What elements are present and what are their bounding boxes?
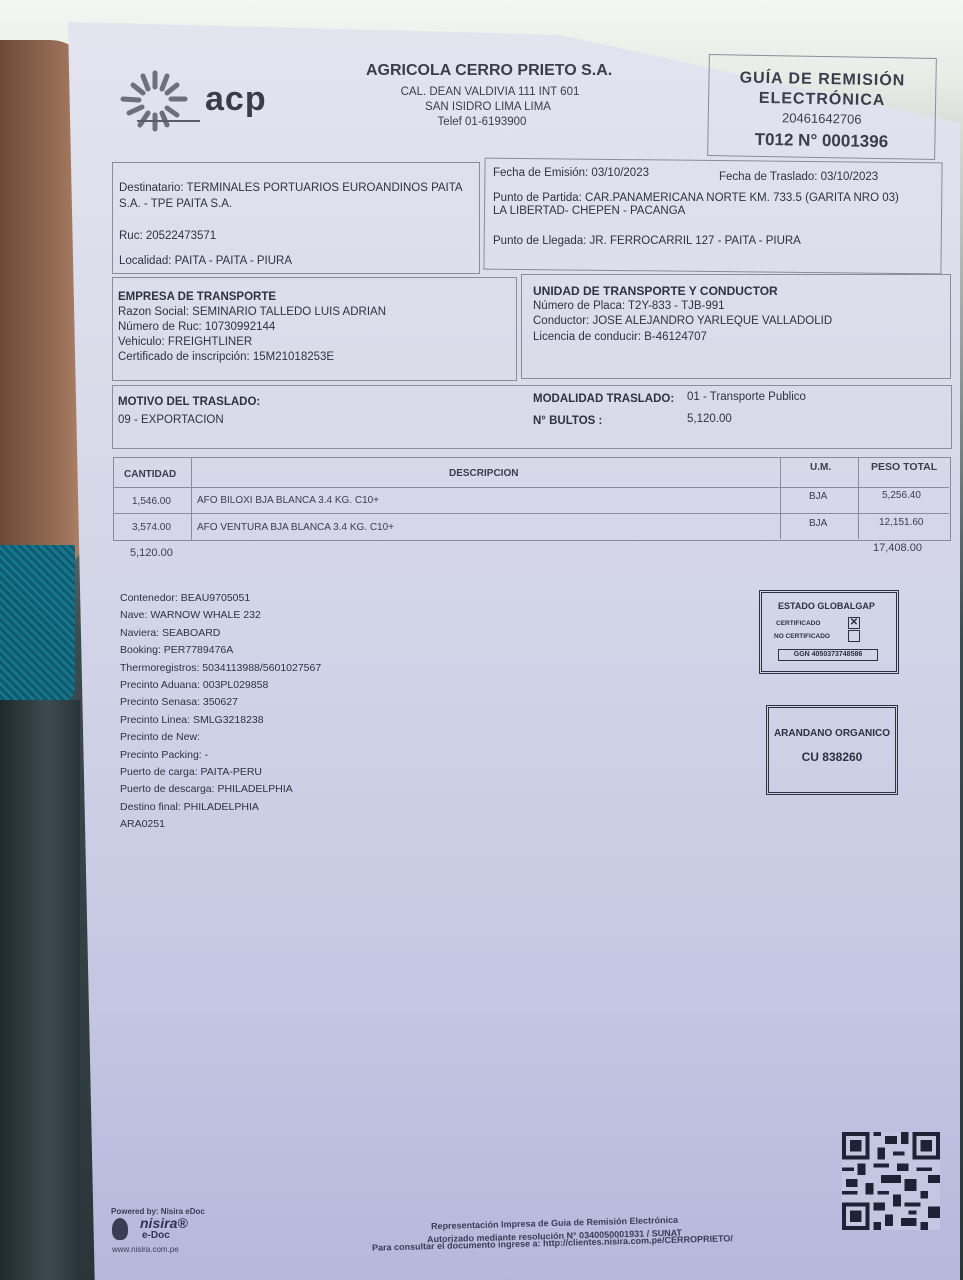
organic-stamp: ARANDANO ORGANICO CU 838260 (766, 705, 898, 795)
nisira-sub: e-Doc (142, 1230, 170, 1241)
contenedor: Contenedor: BEAU9705051 (120, 590, 321, 607)
row1-um: BJA (809, 491, 827, 502)
row2-peso: 12,151.60 (879, 517, 924, 528)
guia-title-line1: GUÍA DE REMISIÓN (709, 69, 935, 91)
certificado-label: CERTIFICADO (776, 620, 820, 627)
precinto-packing: Precinto Packing: - (120, 747, 321, 764)
cloth-background (0, 545, 75, 715)
fecha-traslado: Fecha de Traslado: 03/10/2023 (719, 171, 878, 183)
row1-descripcion: AFO BILOXI BJA BLANCA 3.4 KG. C10+ (197, 495, 379, 506)
thermoregistros: Thermoregistros: 5034113988/5601027567 (120, 660, 321, 677)
organic-line2: CU 838260 (773, 750, 891, 764)
row2-descripcion: AFO VENTURA BJA BLANCA 3.4 KG. C10+ (197, 522, 394, 533)
company-logo-text: acp (205, 80, 267, 119)
guia-ruc: 20461642706 (709, 109, 935, 128)
destino-final: Destino final: PHILADELPHIA (120, 799, 321, 816)
company-phone: Telef 01-6193900 (362, 116, 602, 128)
transport-company-heading: EMPRESA DE TRANSPORTE (118, 291, 276, 303)
recipient-localidad: Localidad: PAITA - PAITA - PIURA (119, 255, 292, 267)
no-certificado-checkbox (848, 630, 860, 642)
table-divider (113, 513, 949, 514)
razon-social: Razon Social: SEMINARIO TALLEDO LUIS ADR… (118, 306, 386, 318)
motivo-box (112, 385, 952, 449)
guia-title-line2: ELECTRÓNICA (709, 89, 935, 111)
vehiculo: Vehiculo: FREIGHTLINER (118, 336, 252, 348)
nisira-url: www.nisira.com.pe (112, 1245, 179, 1254)
modalidad-label: MODALIDAD TRASLADO: (533, 393, 674, 405)
modalidad-value: 01 - Transporte Publico (687, 391, 806, 403)
destinatario: Destinatario: TERMINALES PORTUARIOS EURO… (119, 182, 463, 194)
punto-llegada: Punto de Llegada: JR. FERROCARRIL 127 - … (493, 235, 801, 247)
ara-code: ARA0251 (120, 816, 321, 833)
total-peso: 17,408.00 (873, 542, 922, 554)
nave: Nave: WARNOW WHALE 232 (120, 607, 321, 624)
shipping-details: Contenedor: BEAU9705051 Nave: WARNOW WHA… (120, 590, 321, 834)
transport-ruc: Número de Ruc: 10730992144 (118, 321, 275, 333)
transport-unit-heading: UNIDAD DE TRANSPORTE Y CONDUCTOR (533, 284, 778, 298)
total-cantidad: 5,120.00 (130, 547, 173, 559)
bultos-label: N° BULTOS : (533, 415, 602, 427)
header-descripcion: DESCRIPCION (449, 468, 518, 479)
row2-um: BJA (809, 518, 827, 529)
header-cantidad: CANTIDAD (124, 469, 176, 480)
guia-remision-box: GUÍA DE REMISIÓN ELECTRÓNICA 20461642706… (707, 54, 937, 160)
punto-partida: Punto de Partida: CAR.PANAMERICANA NORTE… (493, 192, 899, 204)
globalgap-title: ESTADO GLOBALGAP (778, 601, 875, 611)
company-name: AGRICOLA CERRO PRIETO S.A. (366, 62, 612, 80)
punto-partida-cont: LA LIBERTAD- CHEPEN - PACANGA (493, 205, 685, 217)
table-divider (780, 457, 781, 539)
table-divider (191, 457, 192, 541)
precinto-aduana: Precinto Aduana: 003PL029858 (120, 677, 321, 694)
organic-line1: ARANDANO ORGANICO (773, 728, 891, 739)
globalgap-stamp: ESTADO GLOBALGAP CERTIFICADO ✕ NO CERTIF… (759, 590, 899, 674)
recipient-ruc: Ruc: 20522473571 (119, 230, 216, 242)
guia-number: T012 N° 0001396 (708, 129, 934, 153)
table-divider (113, 487, 949, 488)
destinatario-cont: S.A. - TPE PAITA S.A. (119, 198, 232, 210)
licencia-conducir: Licencia de conducir: B-46124707 (533, 331, 707, 343)
numero-placa: Número de Placa: T2Y-833 - TJB-991 (533, 300, 725, 312)
motivo-label: MOTIVO DEL TRASLADO: (118, 396, 260, 408)
row1-peso: 5,256.40 (882, 490, 921, 501)
header-um: U.M. (810, 462, 831, 473)
company-address-line2: SAN ISIDRO LIMA LIMA (368, 101, 608, 113)
ggn-number: GGN 4050373748586 (778, 649, 878, 661)
table-divider (858, 457, 859, 539)
naviera: Naviera: SEABOARD (120, 625, 321, 642)
header-peso-total: PESO TOTAL (871, 461, 937, 473)
conductor: Conductor: JOSE ALEJANDRO YARLEQUE VALLA… (533, 315, 832, 327)
fecha-emision: Fecha de Emisión: 03/10/2023 (493, 167, 649, 179)
row1-cantidad: 1,546.00 (132, 496, 171, 507)
precinto-new: Precinto de New: (120, 729, 321, 746)
certificado-checkbox: ✕ (848, 617, 860, 629)
company-address-line1: CAL. DEAN VALDIVIA 111 INT 601 (370, 86, 610, 98)
nisira-drop-icon (112, 1218, 128, 1240)
row2-cantidad: 3,574.00 (132, 522, 171, 533)
puerto-carga: Puerto de carga: PAITA-PERU (120, 764, 321, 781)
bultos-value: 5,120.00 (687, 413, 732, 425)
nisira-logo: nisira® (140, 1215, 188, 1231)
qr-code-icon (842, 1132, 940, 1230)
no-certificado-label: NO CERTIFICADO (774, 633, 830, 640)
precinto-senasa: Precinto Senasa: 350627 (120, 694, 321, 711)
puerto-descarga: Puerto de descarga: PHILADELPHIA (120, 781, 321, 798)
certificado-inscripcion: Certificado de inscripción: 15M21018253E (118, 351, 334, 363)
vehicle-interior-background (0, 700, 80, 1280)
precinto-linea: Precinto Linea: SMLG3218238 (120, 712, 321, 729)
motivo-value: 09 - EXPORTACION (118, 414, 224, 426)
booking: Booking: PER7789476A (120, 642, 321, 659)
